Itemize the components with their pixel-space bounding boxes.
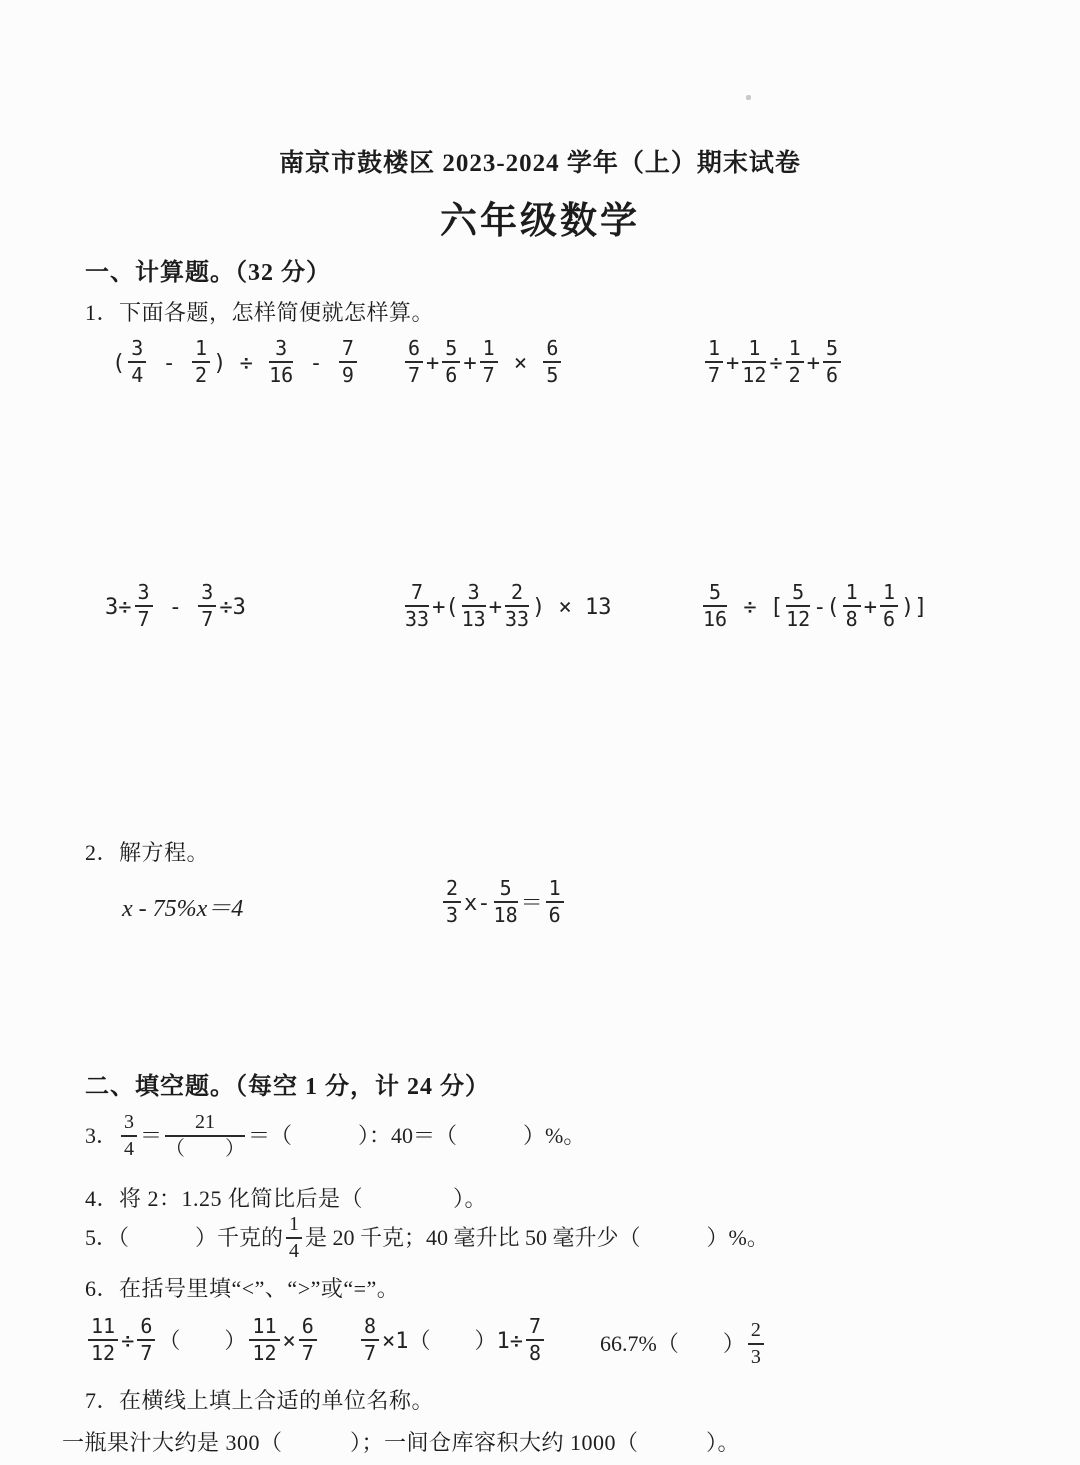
q2-equation-2: 23x-518＝16	[440, 880, 567, 928]
fraction: 12	[786, 338, 804, 386]
fraction: 16	[880, 582, 898, 630]
fraction: 21（ ）	[165, 1112, 245, 1160]
fraction: 56	[442, 338, 460, 386]
fraction: 56	[823, 338, 841, 386]
q6-comparison-2: 87×1（ ）1÷78	[358, 1318, 547, 1366]
q1-expression-6: 516 ÷ [512-(18+16)]	[700, 584, 928, 632]
fraction: 313	[462, 582, 486, 630]
fraction: 1112	[249, 1316, 279, 1364]
fraction: 512	[786, 582, 810, 630]
fraction: 67	[405, 338, 423, 386]
q7-line: 一瓶果汁大约是 300（ ）；一间仓库容积大约 1000（ ）。	[62, 1426, 740, 1457]
fraction: 18	[843, 582, 861, 630]
fraction: 1112	[88, 1316, 118, 1364]
q1-expression-4: 3÷37 - 37÷3	[105, 584, 246, 632]
fraction: 78	[526, 1316, 544, 1364]
fraction: 733	[405, 582, 429, 630]
fraction: 14	[286, 1214, 302, 1262]
section-1-heading: 一、计算题。（32 分）	[85, 252, 331, 287]
q6-comparison-1: 1112÷67（ ）1112×67	[85, 1318, 320, 1366]
fraction: 37	[198, 582, 216, 630]
exam-subtitle: 六年级数学	[0, 190, 1080, 244]
fraction: 516	[703, 582, 727, 630]
fraction: 12	[192, 338, 210, 386]
q1-expression-5: 733+(313+233) × 13	[402, 584, 612, 632]
q1-expression-1: (34 - 12) ÷ 316 - 79	[112, 340, 360, 388]
fraction: 518	[494, 878, 518, 926]
fraction: 87	[361, 1316, 379, 1364]
q1-expression-3: 17+112÷12+56	[702, 340, 844, 388]
fraction: 34	[128, 338, 146, 386]
fraction: 17	[705, 338, 723, 386]
q4-line: 4．将 2：1.25 化简比后是（ ）。	[85, 1182, 487, 1213]
q1-expression-2: 67+56+17 × 65	[402, 340, 564, 388]
fraction: 79	[339, 338, 357, 386]
fraction: 23	[443, 878, 461, 926]
fraction: 37	[135, 582, 153, 630]
fraction: 233	[505, 582, 529, 630]
fraction: 67	[137, 1316, 155, 1364]
q2-label: 2．解方程。	[85, 836, 209, 867]
fraction: 17	[480, 338, 498, 386]
q1-label: 1．下面各题，怎样简便就怎样算。	[85, 296, 434, 327]
scan-speck	[746, 95, 751, 100]
fraction: 23	[748, 1320, 764, 1368]
fraction: 112	[742, 338, 766, 386]
fraction: 16	[546, 878, 564, 926]
fraction: 65	[543, 338, 561, 386]
q3-line: 3．34＝21（ ）＝（ ）：40＝（ ）%。	[85, 1114, 585, 1162]
q6-comparison-3: 66.7%（ ）23	[600, 1322, 767, 1370]
q7-label: 7．在横线上填上合适的单位名称。	[85, 1384, 434, 1415]
fraction: 34	[121, 1112, 137, 1160]
fraction: 316	[269, 338, 293, 386]
q6-label: 6．在括号里填“<”、“>”或“=”。	[85, 1272, 399, 1303]
exam-page: 南京市鼓楼区 2023-2024 学年（上）期末试卷 六年级数学 一、计算题。（…	[0, 0, 1080, 1465]
q5-line: 5．（ ）千克的14是 20 千克；40 毫升比 50 毫升少（ ）%。	[85, 1216, 769, 1264]
q2-equation-1: x - 75%x＝4	[122, 888, 243, 923]
section-2-heading: 二、填空题。（每空 1 分，计 24 分）	[85, 1066, 490, 1101]
exam-title: 南京市鼓楼区 2023-2024 学年（上）期末试卷	[0, 143, 1080, 179]
fraction: 67	[299, 1316, 317, 1364]
